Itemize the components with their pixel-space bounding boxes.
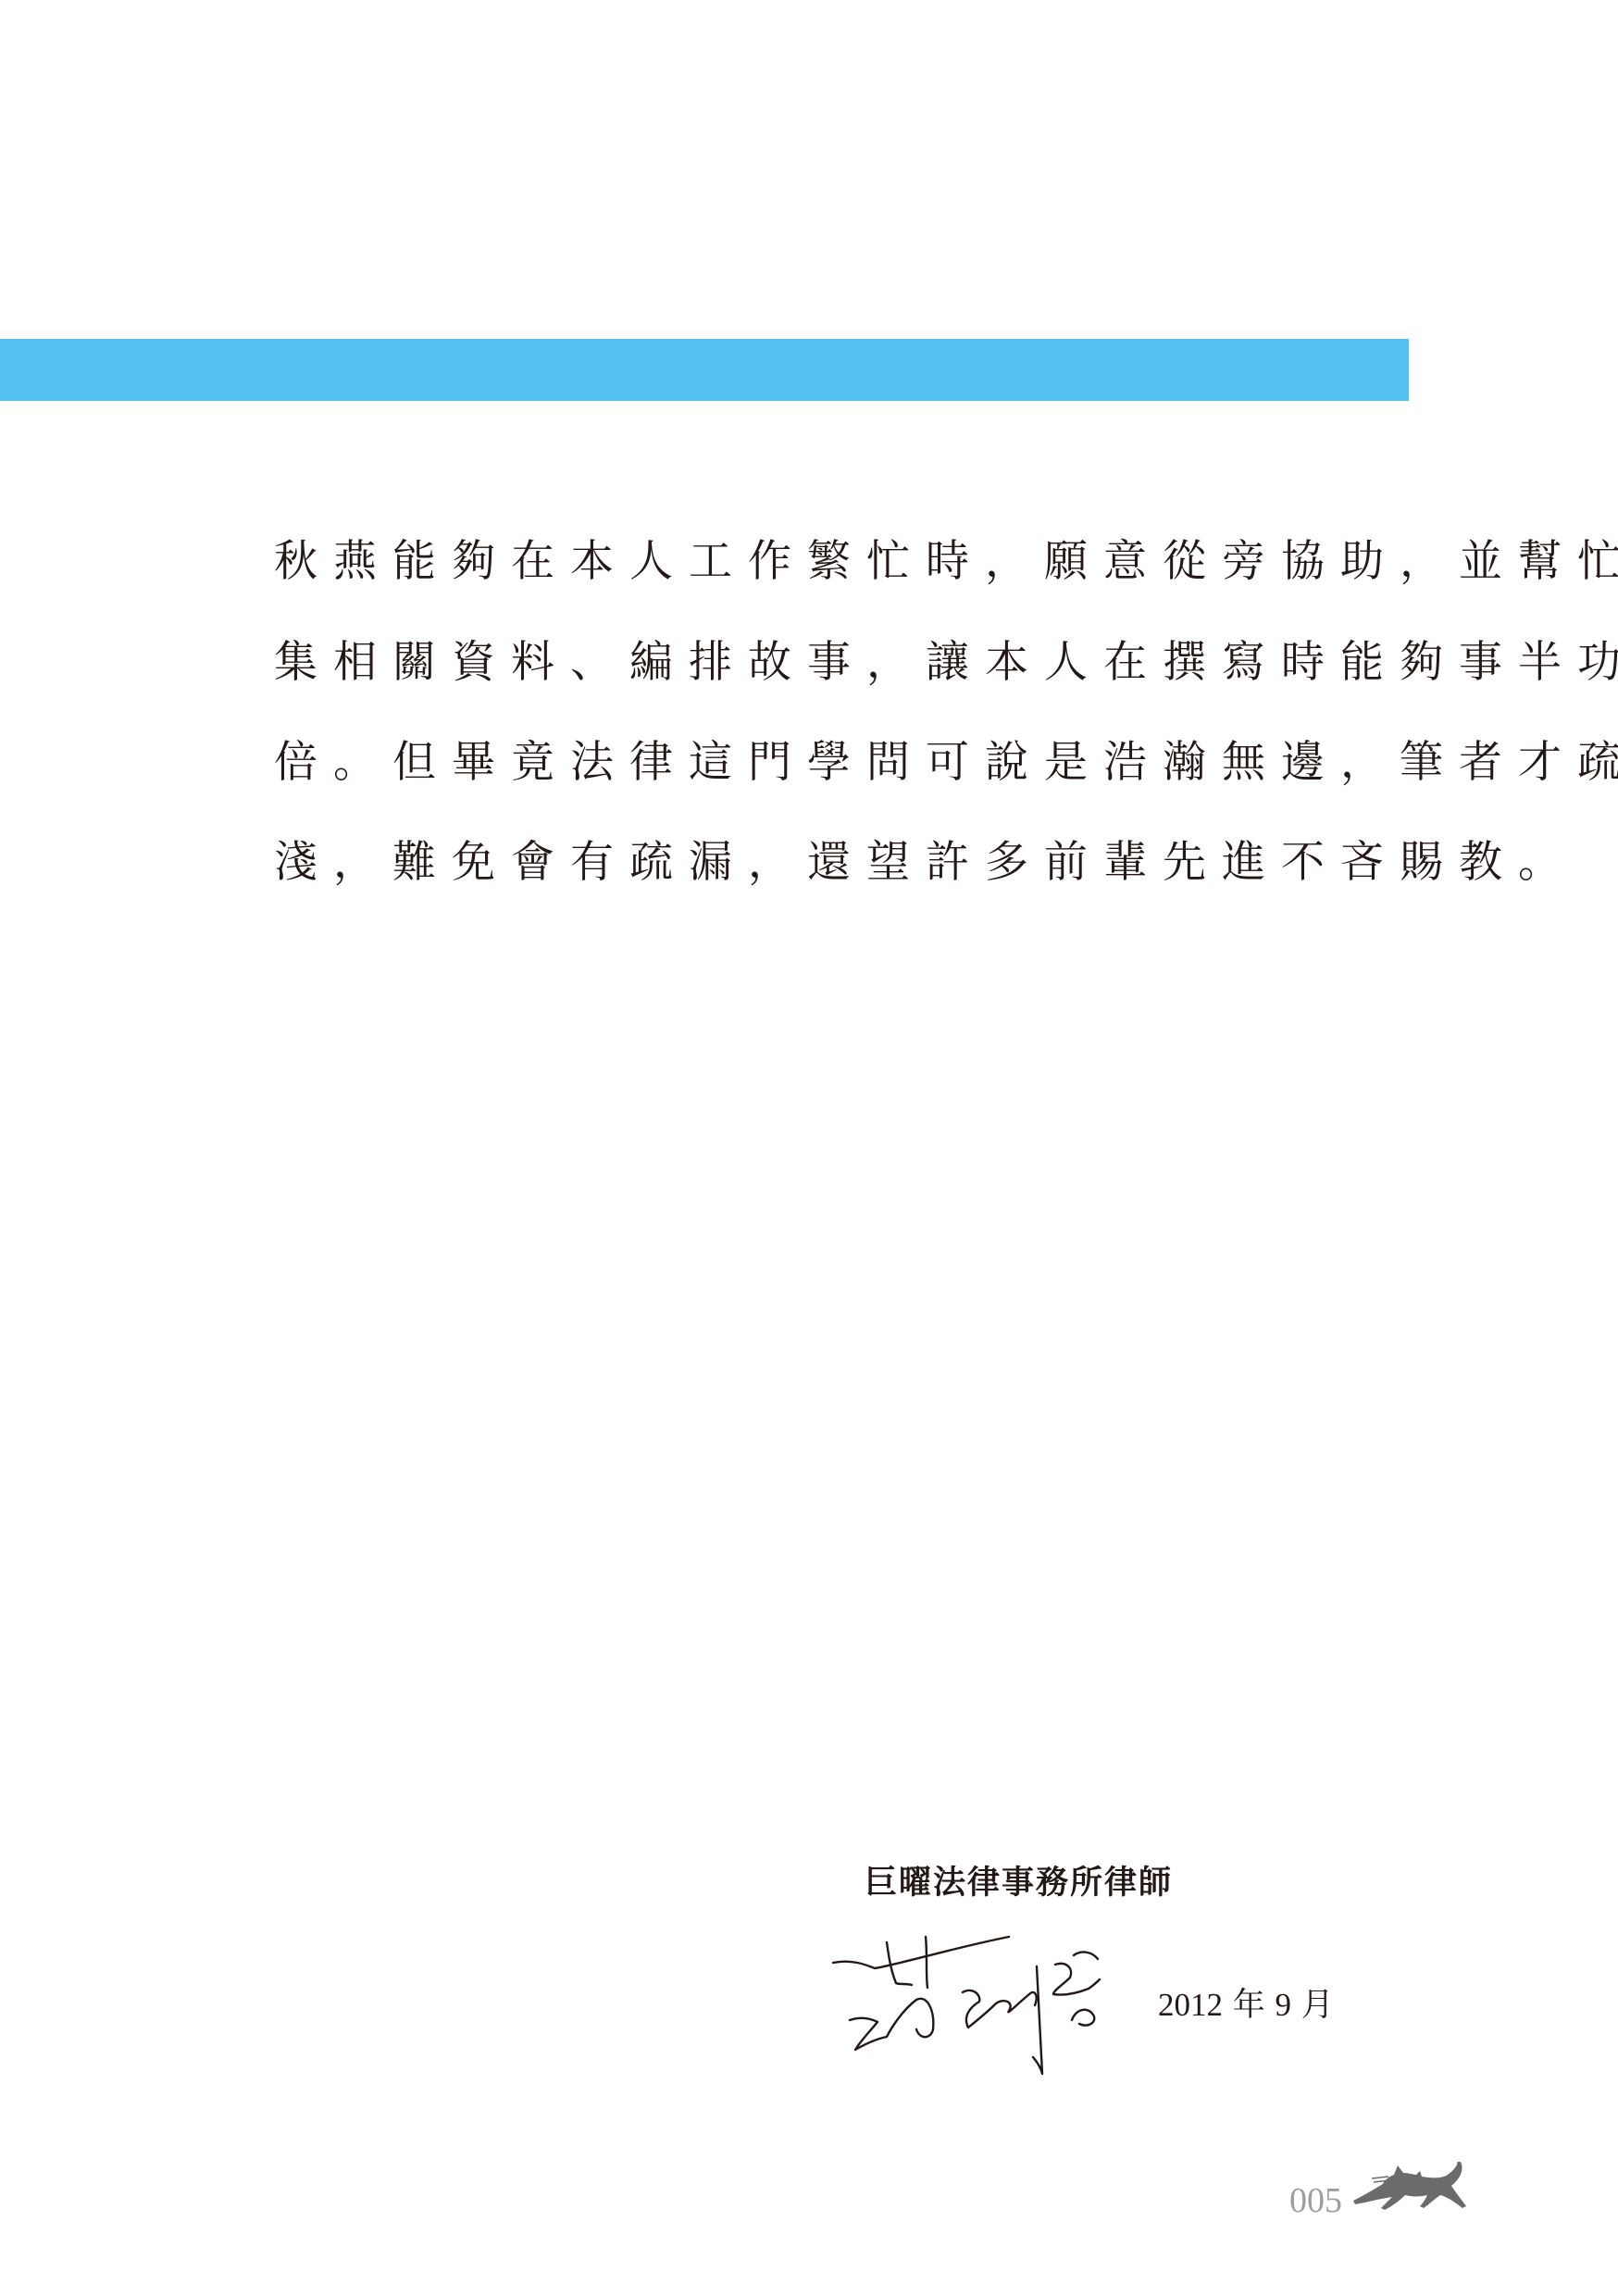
signature-date: 2012 年 9 月 [1158,1979,1334,2026]
running-cat-icon [1351,2162,1472,2217]
body-line-4: 淺，難免會有疏漏，還望許多前輩先進不吝賜教。 [274,837,1577,889]
signature-title: 巨曜法律事務所律師 [865,1857,1173,1903]
page-number: 005 [1289,2180,1342,2221]
body-line-3: 倍。但畢竟法律這門學問可說是浩瀚無邊，筆者才疏學 [274,737,1618,789]
header-color-band [0,339,1409,401]
handwritten-signature-icon [824,1928,1101,2085]
body-line-1: 秋燕能夠在本人工作繁忙時，願意從旁協助，並幫忙蒐 [274,536,1618,588]
body-line-2: 集相關資料、編排故事，讓本人在撰寫時能夠事半功 [274,637,1618,689]
